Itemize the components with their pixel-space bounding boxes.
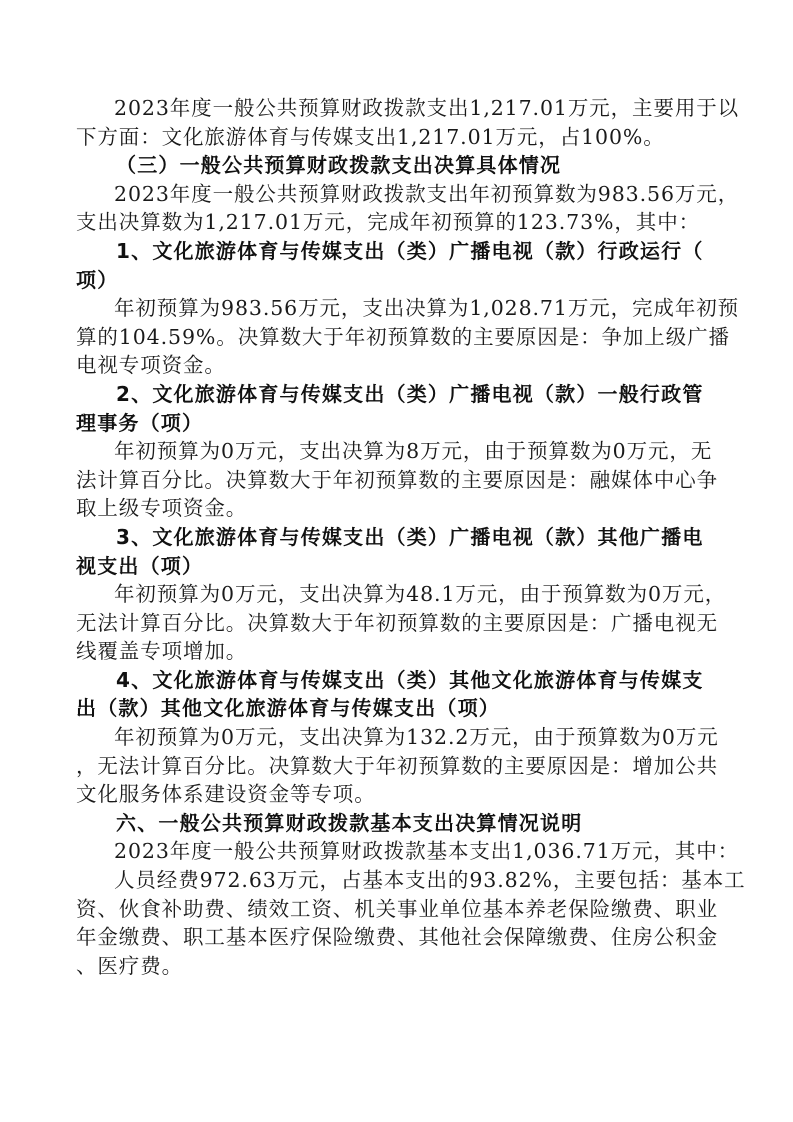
paragraph-total-expenditure: 2023年度一般公共预算财政拨款支出1,217.01万元，主要用于以 下方面：文… — [76, 94, 716, 151]
item-heading-3: 3、文化旅游体育与传媒支出（类）广播电视（款）其他广播电 视支出（项） — [76, 523, 716, 580]
text-line: ，无法计算百分比。决算数大于年初预算数的主要原因是：增加公共 — [76, 752, 716, 781]
heading-line: 1、文化旅游体育与传媒支出（类）广播电视（款）行政运行（ — [76, 237, 716, 266]
item-heading-2: 2、文化旅游体育与传媒支出（类）广播电视（款）一般行政管 理事务（项） — [76, 380, 716, 437]
item-paragraph-4: 年初预算为0万元，支出决算为132.2万元，由于预算数为0万元 ，无法计算百分比… — [76, 723, 716, 809]
text-line: 年金缴费、职工基本医疗保险缴费、其他社会保障缴费、住房公积金 — [76, 923, 716, 952]
heading-line: 出（款）其他文化旅游体育与传媒支出（项） — [76, 694, 716, 723]
text-line: 2023年度一般公共预算财政拨款支出年初预算数为983.56万元， — [76, 180, 716, 209]
item-heading-4: 4、文化旅游体育与传媒支出（类）其他文化旅游体育与传媒支 出（款）其他文化旅游体… — [76, 666, 716, 723]
text-line: 电视专项资金。 — [76, 351, 716, 380]
paragraph-budget-overview: 2023年度一般公共预算财政拨款支出年初预算数为983.56万元， 支出决算数为… — [76, 180, 716, 237]
paragraph-basic-expenditure-total: 2023年度一般公共预算财政拨款基本支出1,036.71万元，其中： — [76, 837, 716, 866]
text-line: 、医疗费。 — [76, 952, 716, 981]
text-line: 文化服务体系建设资金等专项。 — [76, 780, 716, 809]
heading-line: 六、一般公共预算财政拨款基本支出决算情况说明 — [76, 809, 716, 838]
section-heading-specific-situation: （三）一般公共预算财政拨款支出决算具体情况 — [76, 151, 716, 180]
heading-line: 视支出（项） — [76, 552, 716, 581]
text-line: 线覆盖专项增加。 — [76, 637, 716, 666]
item-paragraph-2: 年初预算为0万元，支出决算为8万元，由于预算数为0万元，无 法计算百分比。决算数… — [76, 437, 716, 523]
text-line: 算的104.59%。决算数大于年初预算数的主要原因是：争加上级广播 — [76, 323, 716, 352]
section-heading-basic-expenditure: 六、一般公共预算财政拨款基本支出决算情况说明 — [76, 809, 716, 838]
heading-line: 2、文化旅游体育与传媒支出（类）广播电视（款）一般行政管 — [76, 380, 716, 409]
text-line: 法计算百分比。决算数大于年初预算数的主要原因是：融媒体中心争 — [76, 466, 716, 495]
item-paragraph-1: 年初预算为983.56万元，支出决算为1,028.71万元，完成年初预 算的10… — [76, 294, 716, 380]
text-line: 支出决算数为1,217.01万元，完成年初预算的123.73%，其中： — [76, 208, 716, 237]
text-line: 年初预算为0万元，支出决算为132.2万元，由于预算数为0万元 — [76, 723, 716, 752]
text-line: 年初预算为0万元，支出决算为8万元，由于预算数为0万元，无 — [76, 437, 716, 466]
text-line: 2023年度一般公共预算财政拨款支出1,217.01万元，主要用于以 — [76, 94, 716, 123]
heading-line: 3、文化旅游体育与传媒支出（类）广播电视（款）其他广播电 — [76, 523, 716, 552]
heading-line: 4、文化旅游体育与传媒支出（类）其他文化旅游体育与传媒支 — [76, 666, 716, 695]
text-line: 下方面：文化旅游体育与传媒支出1,217.01万元，占100%。 — [76, 123, 716, 152]
heading-line: 项） — [76, 266, 716, 295]
text-line: 年初预算为0万元，支出决算为48.1万元，由于预算数为0万元， — [76, 580, 716, 609]
text-line: 取上级专项资金。 — [76, 494, 716, 523]
item-heading-1: 1、文化旅游体育与传媒支出（类）广播电视（款）行政运行（ 项） — [76, 237, 716, 294]
heading-line: 理事务（项） — [76, 409, 716, 438]
text-line: 资、伙食补助费、绩效工资、机关事业单位基本养老保险缴费、职业 — [76, 895, 716, 924]
paragraph-personnel-expenses: 人员经费972.63万元，占基本支出的93.82%，主要包括：基本工 资、伙食补… — [76, 866, 716, 980]
document-page: 2023年度一般公共预算财政拨款支出1,217.01万元，主要用于以 下方面：文… — [76, 94, 716, 980]
text-line: 人员经费972.63万元，占基本支出的93.82%，主要包括：基本工 — [76, 866, 716, 895]
text-line: 无法计算百分比。决算数大于年初预算数的主要原因是：广播电视无 — [76, 609, 716, 638]
item-paragraph-3: 年初预算为0万元，支出决算为48.1万元，由于预算数为0万元， 无法计算百分比。… — [76, 580, 716, 666]
text-line: 2023年度一般公共预算财政拨款基本支出1,036.71万元，其中： — [76, 837, 716, 866]
heading-line: （三）一般公共预算财政拨款支出决算具体情况 — [76, 151, 716, 180]
text-line: 年初预算为983.56万元，支出决算为1,028.71万元，完成年初预 — [76, 294, 716, 323]
